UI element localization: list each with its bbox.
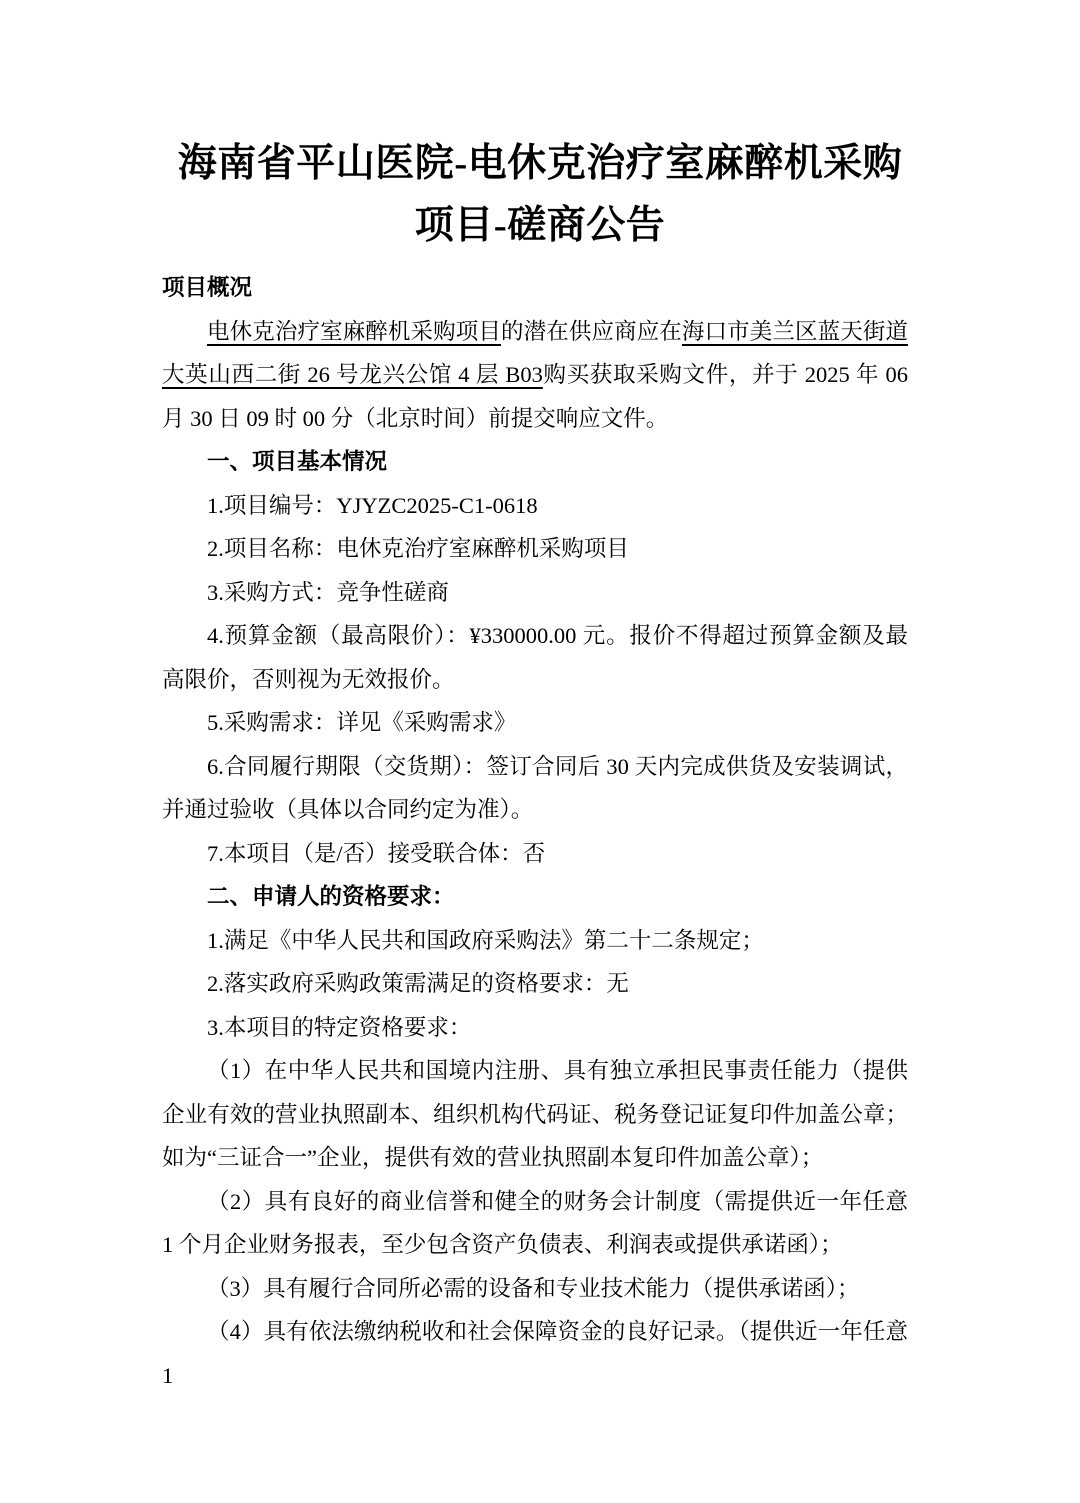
req-tax-social-security: （4）具有依法缴纳税收和社会保障资金的良好记录。（提供近一年任意 1 bbox=[162, 1310, 908, 1397]
item-procurement-requirements: 5.采购需求：详见《采购需求》 bbox=[162, 701, 908, 745]
item-budget-amount: 4.预算金额（最高限价）：¥330000.00 元。报价不得超过预算金额及最高限… bbox=[162, 614, 908, 701]
req-financial-system: （2）具有良好的商业信誉和健全的财务会计制度（需提供近一年任意 1 个月企业财务… bbox=[162, 1180, 908, 1267]
item-project-name: 2.项目名称：电休克治疗室麻醉机采购项目 bbox=[162, 527, 908, 571]
document-title-line-1: 海南省平山医院-电休克治疗室麻醉机采购 bbox=[130, 133, 950, 195]
document-title: 海南省平山医院-电休克治疗室麻醉机采购 项目-磋商公告 bbox=[130, 133, 950, 257]
item-project-number: 1.项目编号：YJYZC2025-C1-0618 bbox=[162, 484, 908, 528]
req-gov-procurement-law: 1.满足《中华人民共和国政府采购法》第二十二条规定； bbox=[162, 919, 908, 963]
section1-heading: 一、项目基本情况 bbox=[162, 440, 908, 484]
item-consortium-acceptance: 7.本项目（是/否）接受联合体：否 bbox=[162, 832, 908, 876]
req-equipment-capability: （3）具有履行合同所必需的设备和专业技术能力（提供承诺函）； bbox=[162, 1267, 908, 1311]
req-policy-requirements: 2.落实政府采购政策需满足的资格要求：无 bbox=[162, 962, 908, 1006]
project-name-underlined: 电休克治疗室麻醉机采购项目 bbox=[207, 319, 501, 344]
item-contract-performance-period: 6.合同履行期限（交货期）：签订合同后 30 天内完成供货及安装调试，并通过验收… bbox=[162, 745, 908, 832]
overview-paragraph: 电休克治疗室麻醉机采购项目的潜在供应商应在海口市美兰区蓝天街道大英山西二街 26… bbox=[162, 310, 908, 441]
req-registration-capability: （1）在中华人民共和国境内注册、具有独立承担民事责任能力（提供企业有效的营业执照… bbox=[162, 1049, 908, 1180]
overview-heading: 项目概况 bbox=[162, 266, 908, 310]
item-procurement-method: 3.采购方式：竞争性磋商 bbox=[162, 571, 908, 615]
req-specific-qualifications: 3.本项目的特定资格要求： bbox=[162, 1006, 908, 1050]
document-title-line-2: 项目-磋商公告 bbox=[130, 195, 950, 257]
document-page: 海南省平山医院-电休克治疗室麻醉机采购 项目-磋商公告 项目概况 电休克治疗室麻… bbox=[0, 0, 1080, 1503]
overview-text-mid: 的潜在供应商应在 bbox=[501, 319, 682, 344]
section2-heading: 二、申请人的资格要求： bbox=[162, 875, 908, 919]
document-body: 项目概况 电休克治疗室麻醉机采购项目的潜在供应商应在海口市美兰区蓝天街道大英山西… bbox=[162, 266, 908, 1397]
